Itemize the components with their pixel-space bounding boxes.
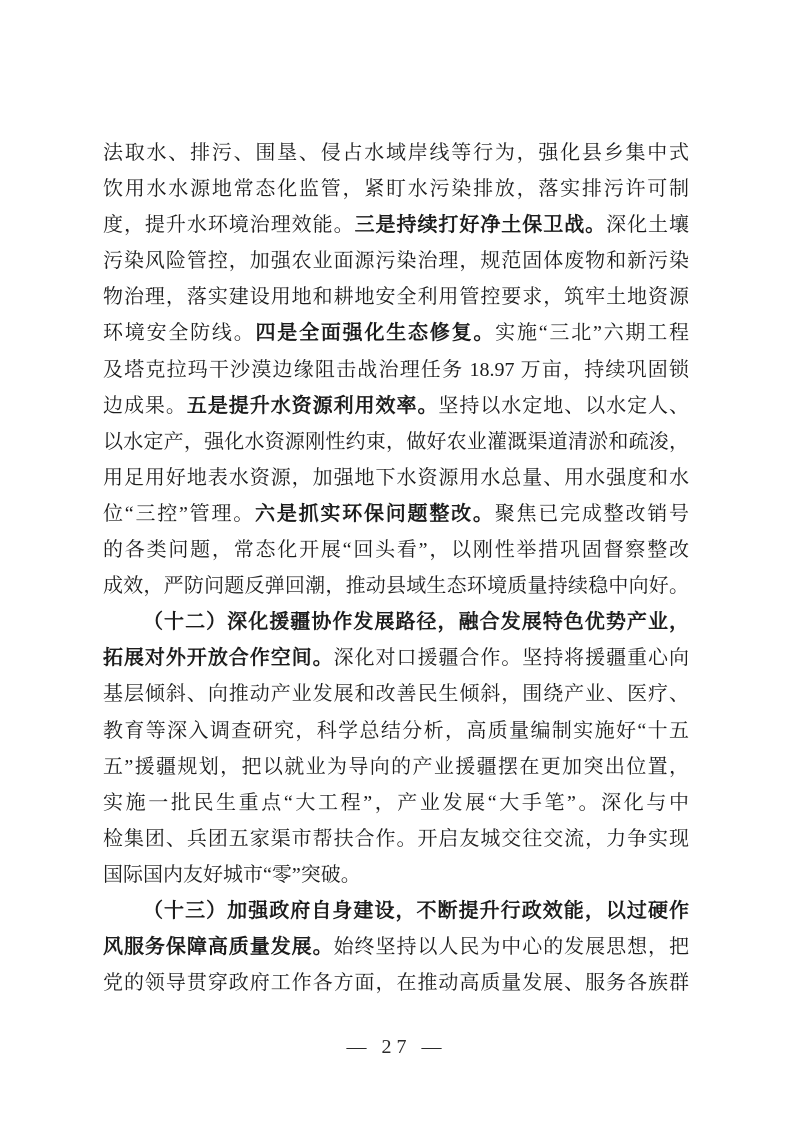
text-line: 拓展对外开放合作空间。深化对口援疆合作。坚持将援疆重心向: [103, 640, 689, 676]
text-run: 五”援疆规划，把以就业为导向的产业援疆摆在更加突出位置，: [103, 756, 689, 778]
text-run: 始终坚持以人民为中心的发展思想，把: [334, 936, 689, 958]
text-run: 位“三控”管理。: [103, 503, 255, 525]
document-page: 法取水、排污、围垦、侵占水域岸线等行为，强化县乡集中式饮用水水源地常态化监管，紧…: [0, 0, 793, 1122]
text-run: 基层倾斜、向推动产业发展和改善民生倾斜，围绕产业、医疗、: [103, 683, 689, 705]
text-line: 成效，严防问题反弹回潮，推动县域生态环境质量持续稳中向好。: [103, 568, 689, 604]
text-line: 基层倾斜、向推动产业发展和改善民生倾斜，围绕产业、医疗、: [103, 676, 689, 712]
text-run: 检集团、兵团五家渠市帮扶合作。开启友城交往交流，力争实现: [103, 828, 689, 850]
text-run: 边成果。: [103, 395, 187, 417]
paragraph-environment-continuation: 法取水、排污、围垦、侵占水域岸线等行为，强化县乡集中式饮用水水源地常态化监管，紧…: [103, 135, 689, 604]
text-run: 及塔克拉玛干沙漠边缘阻击战治理任务 18.97 万亩，持续巩固锁: [103, 359, 689, 381]
text-run: 以水定产，强化水资源刚性约束，做好农业灌溉渠道清淤和疏浚，: [103, 431, 689, 453]
bold-text-run: 四是全面强化生态修复。: [256, 322, 496, 344]
text-line: 污染风险管控，加强农业面源污染治理，规范固体废物和新污染: [103, 243, 689, 279]
paragraph-13-government-building: （十三）加强政府自身建设，不断提升行政效能，以过硬作风服务保障高质量发展。始终坚…: [103, 893, 689, 1001]
text-run: 污染风险管控，加强农业面源污染治理，规范固体废物和新污染: [103, 250, 689, 272]
page-footer: — 27 —: [0, 1036, 793, 1059]
text-line: 法取水、排污、围垦、侵占水域岸线等行为，强化县乡集中式: [103, 135, 689, 171]
text-run: 教育等深入调查研究，科学总结分析，高质量编制实施好“十五: [103, 720, 689, 742]
text-line: 边成果。五是提升水资源利用效率。坚持以水定地、以水定人、: [103, 388, 689, 424]
text-line: 位“三控”管理。六是抓实环保问题整改。聚焦已完成整改销号: [103, 496, 689, 532]
text-line: 国际国内友好城市“零”突破。: [103, 857, 689, 893]
text-run: 实施一批民生重点“大工程”，产业发展“大手笔”。深化与中: [103, 792, 689, 814]
text-run: 的各类问题，常态化开展“回头看”，以刚性举措巩固督察整改: [103, 539, 689, 561]
text-line: 的各类问题，常态化开展“回头看”，以刚性举措巩固督察整改: [103, 532, 689, 568]
text-line: 饮用水水源地常态化监管，紧盯水污染排放，落实排污许可制: [103, 171, 689, 207]
text-line: 党的领导贯穿政府工作各方面，在推动高质量发展、服务各族群: [103, 965, 689, 1001]
text-line: 度，提升水环境治理效能。三是持续打好净土保卫战。深化土壤: [103, 207, 689, 243]
bold-text-run: （十三）加强政府自身建设，不断提升行政效能，以过硬作: [143, 900, 689, 922]
bold-text-run: 风服务保障高质量发展。: [103, 936, 334, 958]
text-line: 教育等深入调查研究，科学总结分析，高质量编制实施好“十五: [103, 713, 689, 749]
text-line: 以水定产，强化水资源刚性约束，做好农业灌溉渠道清淤和疏浚，: [103, 424, 689, 460]
text-line: （十二）深化援疆协作发展路径，融合发展特色优势产业，: [103, 604, 689, 640]
bold-text-run: 三是持续打好净土保卫战。: [355, 214, 607, 236]
text-line: 及塔克拉玛干沙漠边缘阻击战治理任务 18.97 万亩，持续巩固锁: [103, 352, 689, 388]
text-run: 实施“三北”六期工程: [495, 322, 689, 344]
text-run: 国际国内友好城市“零”突破。: [103, 864, 361, 886]
bold-text-run: 五是提升水资源利用效率。: [187, 395, 439, 417]
text-line: 五”援疆规划，把以就业为导向的产业援疆摆在更加突出位置，: [103, 749, 689, 785]
text-run: 党的领导贯穿政府工作各方面，在推动高质量发展、服务各族群: [103, 972, 689, 994]
text-run: 度，提升水环境治理效能。: [103, 214, 355, 236]
bold-text-run: （十二）深化援疆协作发展路径，融合发展特色优势产业，: [143, 611, 689, 633]
text-run: 坚持以水定地、以水定人、: [438, 395, 689, 417]
bold-text-run: 拓展对外开放合作空间。: [103, 647, 334, 669]
text-run: 用足用好地表水资源，加强地下水资源用水总量、用水强度和水: [103, 467, 689, 489]
page-number: — 27 —: [347, 1036, 447, 1058]
text-run: 环境安全防线。: [103, 322, 256, 344]
text-line: 用足用好地表水资源，加强地下水资源用水总量、用水强度和水: [103, 460, 689, 496]
text-run: 成效，严防问题反弹回潮，推动县域生态环境质量持续稳中向好。: [103, 575, 689, 597]
text-run: 深化对口援疆合作。坚持将援疆重心向: [334, 647, 689, 669]
text-run: 法取水、排污、围垦、侵占水域岸线等行为，强化县乡集中式: [103, 142, 689, 164]
text-line: （十三）加强政府自身建设，不断提升行政效能，以过硬作: [103, 893, 689, 929]
text-run: 聚焦已完成整改销号: [495, 503, 689, 525]
paragraph-12-yuanjiang-cooperation: （十二）深化援疆协作发展路径，融合发展特色优势产业，拓展对外开放合作空间。深化对…: [103, 604, 689, 893]
text-line: 物治理，落实建设用地和耕地安全利用管控要求，筑牢土地资源: [103, 279, 689, 315]
text-run: 物治理，落实建设用地和耕地安全利用管控要求，筑牢土地资源: [103, 286, 689, 308]
text-line: 实施一批民生重点“大工程”，产业发展“大手笔”。深化与中: [103, 785, 689, 821]
text-line: 风服务保障高质量发展。始终坚持以人民为中心的发展思想，把: [103, 929, 689, 965]
document-body: 法取水、排污、围垦、侵占水域岸线等行为，强化县乡集中式饮用水水源地常态化监管，紧…: [103, 135, 689, 1001]
bold-text-run: 六是抓实环保问题整改。: [255, 503, 495, 525]
text-line: 检集团、兵团五家渠市帮扶合作。开启友城交往交流，力争实现: [103, 821, 689, 857]
text-run: 饮用水水源地常态化监管，紧盯水污染排放，落实排污许可制: [103, 178, 689, 200]
text-run: 深化土壤: [606, 214, 689, 236]
text-line: 环境安全防线。四是全面强化生态修复。实施“三北”六期工程: [103, 315, 689, 351]
